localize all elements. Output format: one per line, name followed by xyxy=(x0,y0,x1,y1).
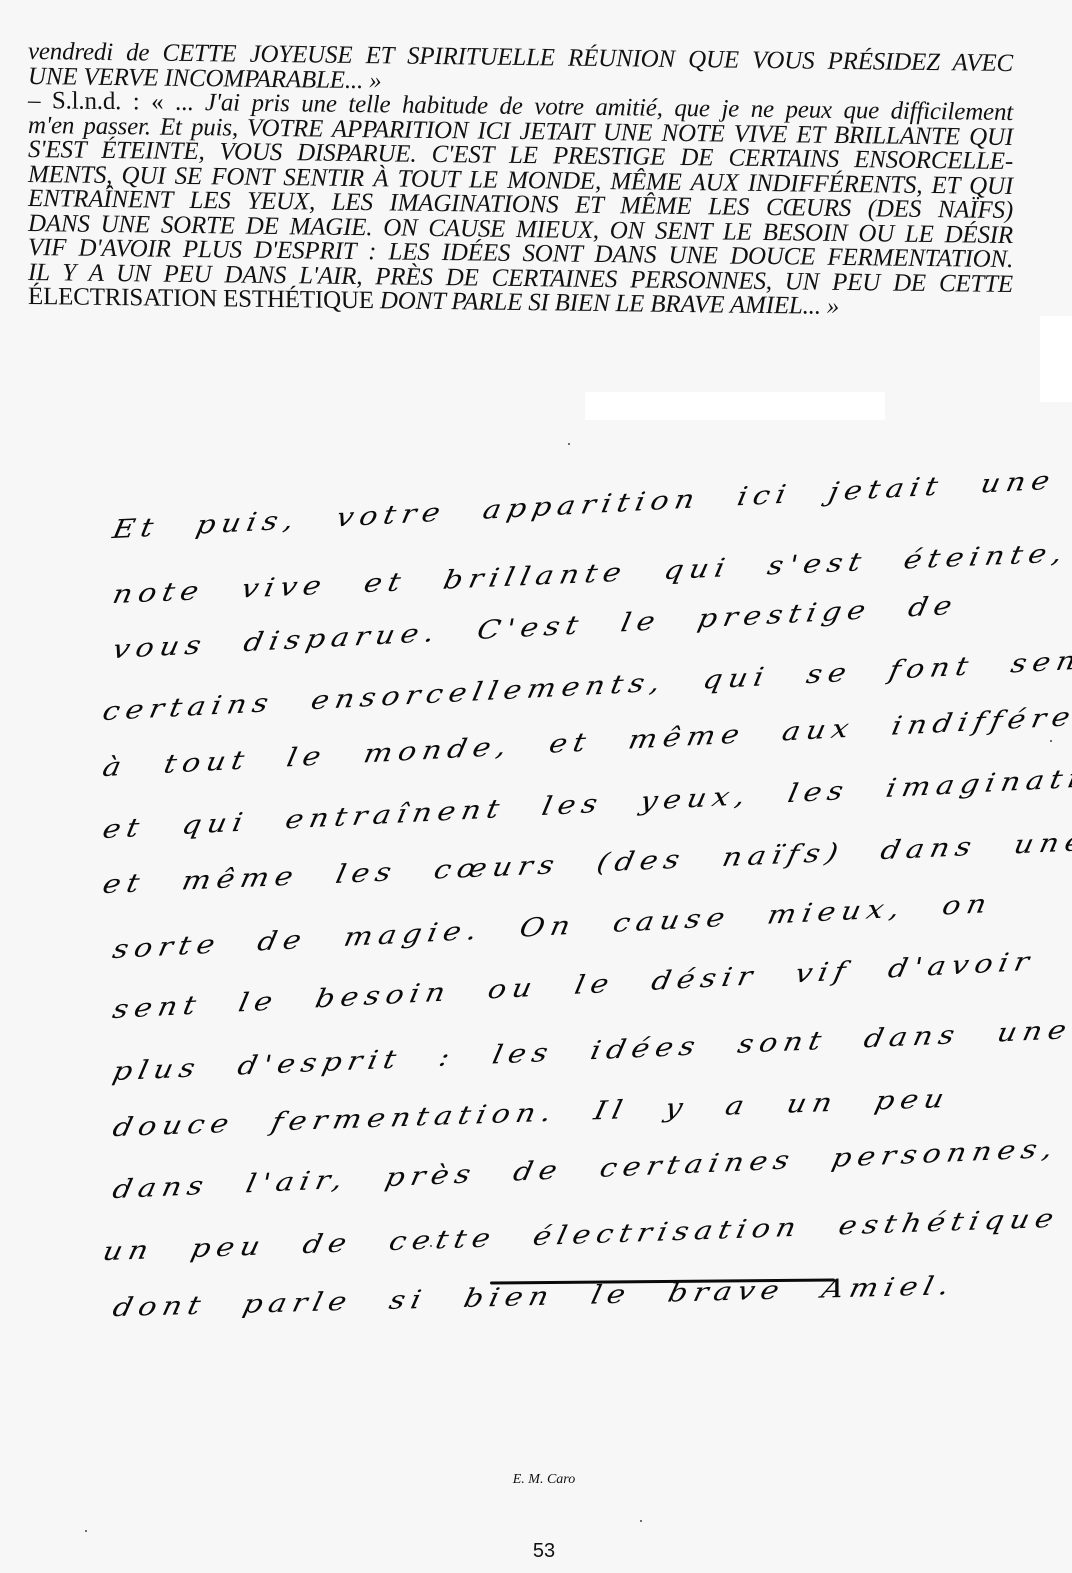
scan-speck xyxy=(568,443,570,445)
scan-speck xyxy=(640,1520,642,1522)
scan-speck xyxy=(85,1530,87,1532)
scan-speck xyxy=(430,1245,432,1247)
scan-speck xyxy=(1050,740,1052,742)
page-number: 53 xyxy=(0,1540,1072,1563)
printed-passage: vendredi de CETTE JOYEUSE ET SPIRITUELLE… xyxy=(28,40,1013,310)
handwritten-line: douce fermentation. Il y a un peu xyxy=(110,1084,953,1143)
image-caption: E. M. Caro xyxy=(0,1472,1072,1488)
handwritten-line: plus d'esprit : les idées sont dans une xyxy=(110,1015,1072,1087)
handwritten-line: sorte de magie. On cause mieux, on xyxy=(110,889,995,965)
handwritten-line: un peu de cette électrisation esthétique xyxy=(100,1204,1062,1267)
handwritten-line: dans l'air, près de certaines personnes, xyxy=(110,1134,1061,1205)
whiteout-patch xyxy=(585,392,885,420)
handwritten-line: sent le besoin ou le désir vif d'avoir xyxy=(110,947,1038,1025)
whiteout-patch-margin xyxy=(1040,316,1072,402)
handwritten-line: et même les cœurs (des naïfs) dans une xyxy=(100,827,1072,900)
handwritten-line: Et puis, votre apparition ici jetait une xyxy=(110,466,1058,545)
